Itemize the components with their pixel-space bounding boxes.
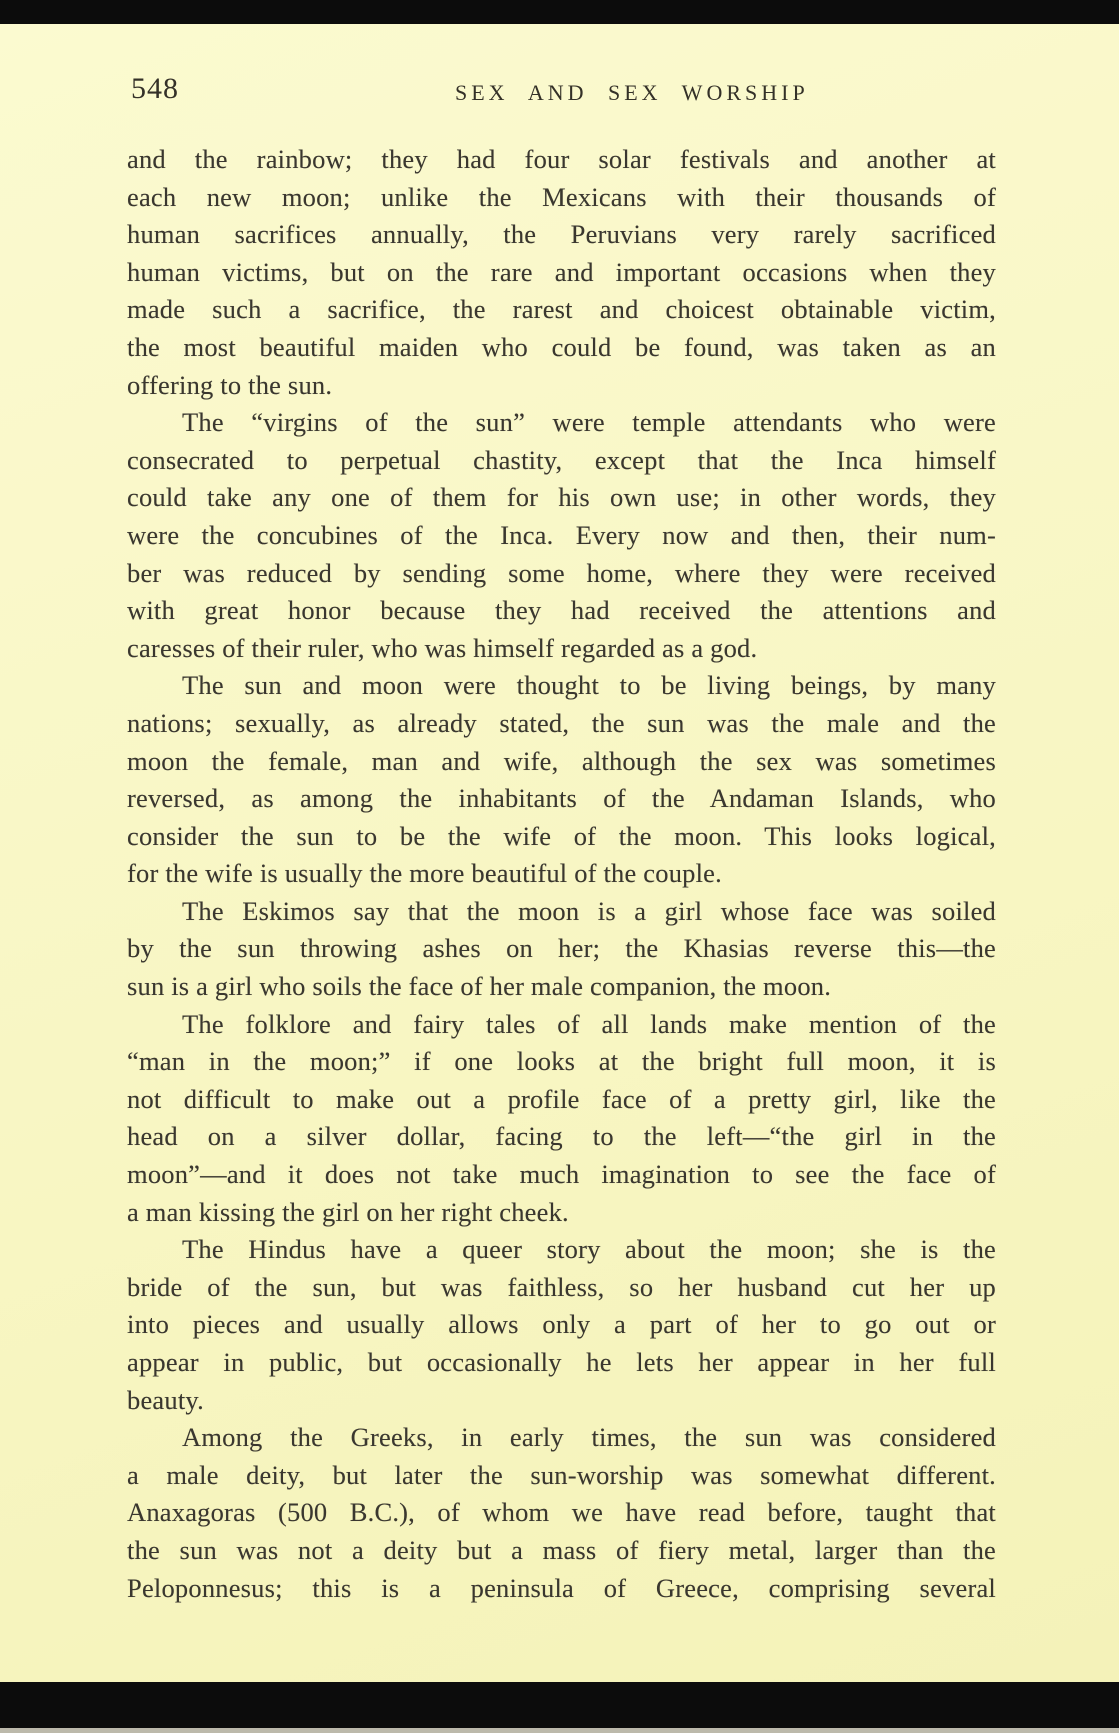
text-line: moon the female, man and wife, although … [127,743,996,781]
text-line: a man kissing the girl on her right chee… [127,1194,996,1232]
text-line: were the concubines of the Inca. Every n… [127,517,996,555]
scan-border-bottom [0,1682,1119,1728]
text-line: not difficult to make out a profile face… [127,1081,996,1119]
text-line: consecrated to perpetual chastity, excep… [127,442,996,480]
paragraph: The “virgins of the sun” were temple att… [127,404,996,667]
paragraph: The Hindus have a queer story about the … [127,1231,996,1419]
body-text: and the rainbow; they had four solar fes… [127,141,996,1607]
text-line: ber was reduced by sending some home, wh… [127,555,996,593]
text-line: human victims, but on the rare and impor… [127,254,996,292]
text-line: offering to the sun. [127,367,996,405]
text-line: the most beautiful maiden who could be f… [127,329,996,367]
text-line: a male deity, but later the sun-worship … [127,1457,996,1495]
text-line: Among the Greeks, in early times, the su… [127,1419,996,1457]
text-line: reversed, as among the inhabitants of th… [127,780,996,818]
paragraph: Among the Greeks, in early times, the su… [127,1419,996,1607]
text-line: appear in public, but occasionally he le… [127,1344,996,1382]
text-line: The Hindus have a queer story about the … [127,1231,996,1269]
text-line: by the sun throwing ashes on her; the Kh… [127,930,996,968]
text-line: consider the sun to be the wife of the m… [127,818,996,856]
text-line: bride of the sun, but was faithless, so … [127,1269,996,1307]
page-number: 548 [131,72,179,106]
text-line: moon”—and it does not take much imaginat… [127,1156,996,1194]
scan-edge-strip [0,1728,1119,1733]
text-line: The Eskimos say that the moon is a girl … [127,893,996,931]
paragraph: and the rainbow; they had four solar fes… [127,141,996,404]
text-line: the sun was not a deity but a mass of fi… [127,1532,996,1570]
text-line: could take any one of them for his own u… [127,479,996,517]
text-line: Anaxagoras (500 B.C.), of whom we have r… [127,1494,996,1532]
text-line: The folklore and fairy tales of all land… [127,1006,996,1044]
paragraph: The Eskimos say that the moon is a girl … [127,893,996,1006]
text-line: caresses of their ruler, who was himself… [127,630,996,668]
text-line: sun is a girl who soils the face of her … [127,968,996,1006]
paragraph: The folklore and fairy tales of all land… [127,1006,996,1232]
text-line: The “virgins of the sun” were temple att… [127,404,996,442]
text-line: made such a sacrifice, the rarest and ch… [127,291,996,329]
text-line: nations; sexually, as already stated, th… [127,705,996,743]
text-line: and the rainbow; they had four solar fes… [127,141,996,179]
text-line: human sacrifices annually, the Peruvians… [127,216,996,254]
text-line: The sun and moon were thought to be livi… [127,667,996,705]
text-line: beauty. [127,1382,996,1420]
running-title: SEX AND SEX WORSHIP [455,80,809,106]
text-line: “man in the moon;” if one looks at the b… [127,1043,996,1081]
text-line: head on a silver dollar, facing to the l… [127,1118,996,1156]
text-line: Peloponnesus; this is a peninsula of Gre… [127,1570,996,1608]
book-page-scan: 548 SEX AND SEX WORSHIP and the rainbow;… [0,0,1119,1733]
text-line: with great honor because they had receiv… [127,592,996,630]
paragraph: The sun and moon were thought to be livi… [127,667,996,893]
text-line: each new moon; unlike the Mexicans with … [127,179,996,217]
text-line: into pieces and usually allows only a pa… [127,1306,996,1344]
text-line: for the wife is usually the more beautif… [127,855,996,893]
page-header: 548 SEX AND SEX WORSHIP [0,0,1119,120]
